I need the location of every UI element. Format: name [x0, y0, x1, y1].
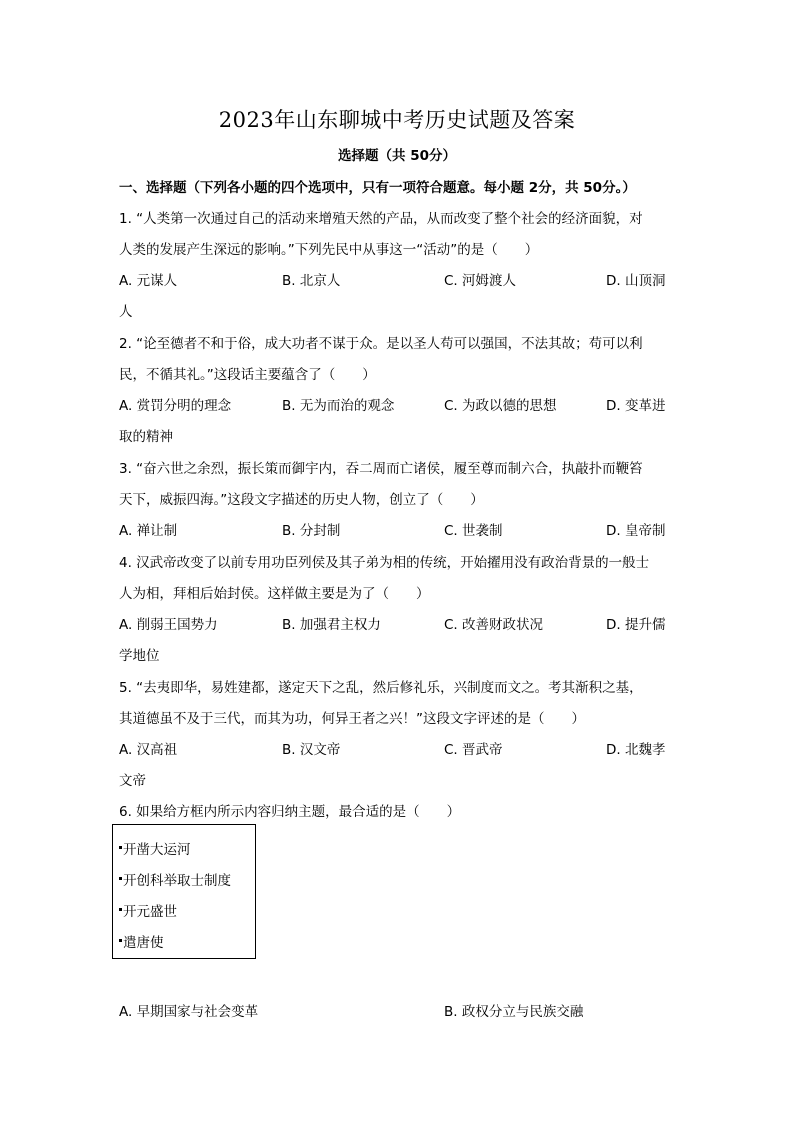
bullet-icon — [119, 846, 122, 849]
question-5-line-1: 5. “去夷即华，易姓建都，遂定天下之乱，然后修礼乐，兴制度而文之。考其渐积之基… — [119, 676, 643, 696]
question-1-option-d: D. 山顶洞 — [606, 269, 665, 289]
question-5-line-2: 其道德虽不及于三代，而其为功，何异王者之兴！”这段文字评述的是（ ） — [119, 707, 585, 727]
question-4-line-2: 人为相，拜相后始封侯。这样做主要是为了（ ） — [119, 582, 430, 602]
question-6-line-1: 6. 如果给方框内所示内容归纳主题，最合适的是（ ） — [119, 800, 460, 820]
question-6-content-box: 开凿大运河 开创科举取士制度 开元盛世 遣唐使 — [112, 824, 256, 959]
question-2-option-b: B. 无为而治的观念 — [282, 394, 394, 414]
document-page: 2023年山东聊城中考历史试题及答案 选择题（共 50分） 一、选择题（下列各小… — [0, 0, 794, 1123]
question-3-option-b: B. 分封制 — [282, 519, 340, 539]
question-1-line-1: 1. “人类第一次通过自己的活动来增殖天然的产品，从而改变了整个社会的经济面貌，… — [119, 207, 643, 227]
question-2-line-1: 2. “论至德者不和于俗，成大功者不谋于众。是以圣人苟可以强国，不法其故；苟可以… — [119, 332, 643, 352]
question-5-option-overflow: 文帝 — [119, 769, 146, 789]
box-item: 开凿大运河 — [119, 838, 191, 858]
question-2-option-c: C. 为政以德的思想 — [444, 394, 557, 414]
question-1-option-a: A. 元谋人 — [119, 269, 177, 289]
question-3-line-2: 天下，威振四海。”这段文字描述的历史人物，创立了（ ） — [119, 488, 484, 508]
bullet-icon — [119, 908, 122, 911]
question-4-option-overflow: 学地位 — [119, 644, 160, 664]
box-item: 遣唐使 — [119, 931, 164, 951]
bullet-icon — [119, 877, 122, 880]
question-5-option-d: D. 北魏孝 — [606, 738, 665, 758]
question-3-option-c: C. 世袭制 — [444, 519, 503, 539]
question-2-line-2: 民，不循其礼。”这段话主要蕴含了（ ） — [119, 363, 376, 383]
bullet-icon — [119, 939, 122, 942]
question-2-option-d: D. 变革进 — [606, 394, 665, 414]
document-subtitle: 选择题（共 50分） — [0, 144, 794, 164]
question-5-option-b: B. 汉文帝 — [282, 738, 340, 758]
question-2-option-overflow: 取的精神 — [119, 425, 173, 445]
question-4-line-1: 4. 汉武帝改变了以前专用功臣列侯及其子弟为相的传统，开始擢用没有政治背景的一般… — [119, 551, 649, 571]
box-item: 开创科举取士制度 — [119, 869, 231, 889]
question-3-option-d: D. 皇帝制 — [606, 519, 665, 539]
question-6-option-b: B. 政权分立与民族交融 — [444, 1000, 583, 1020]
section-heading: 一、选择题（下列各小题的四个选项中，只有一项符合题意。每小题 2分，共 50分。… — [119, 176, 636, 196]
question-4-option-d: D. 提升儒 — [606, 613, 665, 633]
question-1-option-overflow: 人 — [119, 300, 133, 320]
document-title: 2023年山东聊城中考历史试题及答案 — [0, 104, 794, 134]
question-2-option-a: A. 赏罚分明的理念 — [119, 394, 231, 414]
question-5-option-c: C. 晋武帝 — [444, 738, 503, 758]
question-3-line-1: 3. “奋六世之余烈，振长策而御宇内，吞二周而亡诸侯，履至尊而制六合，执敲扑而鞭… — [119, 457, 643, 477]
question-1-option-b: B. 北京人 — [282, 269, 340, 289]
question-4-option-a: A. 削弱王国势力 — [119, 613, 218, 633]
question-1-option-c: C. 河姆渡人 — [444, 269, 516, 289]
question-6-option-a: A. 早期国家与社会变革 — [119, 1000, 258, 1020]
question-5-option-a: A. 汉高祖 — [119, 738, 177, 758]
box-item: 开元盛世 — [119, 900, 177, 920]
question-3-option-a: A. 禅让制 — [119, 519, 177, 539]
question-4-option-c: C. 改善财政状况 — [444, 613, 543, 633]
question-1-line-2: 人类的发展产生深远的影响。”下列先民中从事这一“活动”的是（ ） — [119, 238, 538, 258]
question-4-option-b: B. 加强君主权力 — [282, 613, 381, 633]
